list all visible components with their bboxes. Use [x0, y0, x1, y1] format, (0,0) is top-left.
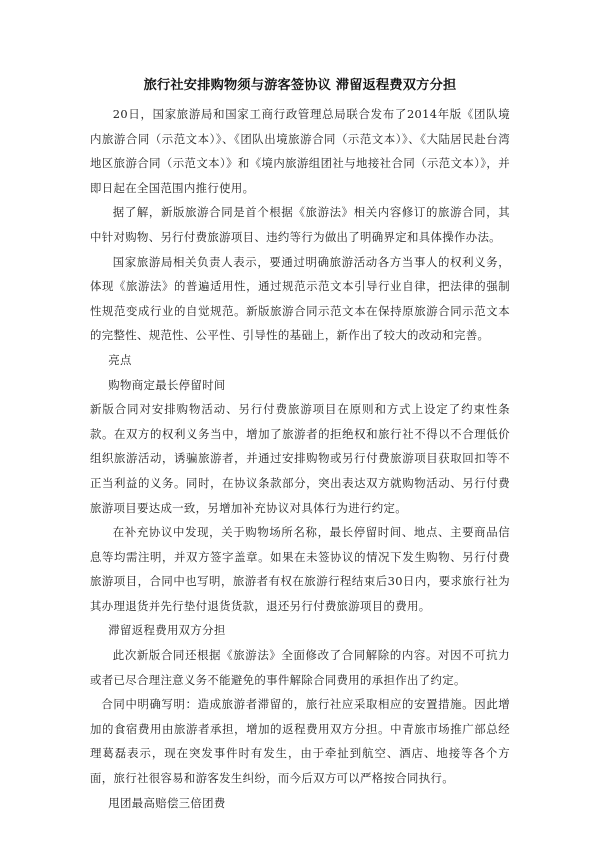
- paragraph-shopping-terms: 新版合同对安排购物活动、另行付费旅游项目在原则和方式上设定了约束性条款。在双方的…: [90, 397, 510, 520]
- paragraph-stranded-terms: 合同中明确写明：造成旅游者滞留的，旅行社应采取相应的安置措施。因此增加的食宿费用…: [90, 692, 510, 790]
- paragraph-intro: 20日，国家旅游局和国家工商行政管理总局联合发布了2014年版《团队境内旅游合同…: [90, 102, 510, 200]
- paragraph-supplementary-agreement: 在补充协议中发现，关于购物场所名称，最长停留时间、地点、主要商品信息等均需注明，…: [90, 520, 510, 618]
- article-title: 旅行社安排购物须与游客签协议 滞留返程费双方分担: [90, 76, 510, 96]
- section-heading-stranded-costs: 滞留返程费用双方分担: [90, 618, 510, 643]
- paragraph-overview: 据了解，新版旅游合同是首个根据《旅游法》相关内容修订的旅游合同，其中针对购物、另…: [90, 200, 510, 249]
- paragraph-official-statement: 国家旅游局相关负责人表示，要通过明确旅游活动各方当事人的权利义务，体现《旅游法》…: [90, 250, 510, 348]
- section-heading-highlights: 亮点: [90, 348, 510, 373]
- section-heading-shopping: 购物商定最长停留时间: [90, 373, 510, 398]
- paragraph-contract-termination: 此次新版合同还根据《旅游法》全面修改了合同解除的内容。对因不可抗力或者已尽合理注…: [90, 643, 510, 692]
- section-heading-abandonment: 甩团最高赔偿三倍团费: [90, 791, 510, 816]
- document-page: 旅行社安排购物须与游客签协议 滞留返程费双方分担 20日，国家旅游局和国家工商行…: [90, 76, 510, 815]
